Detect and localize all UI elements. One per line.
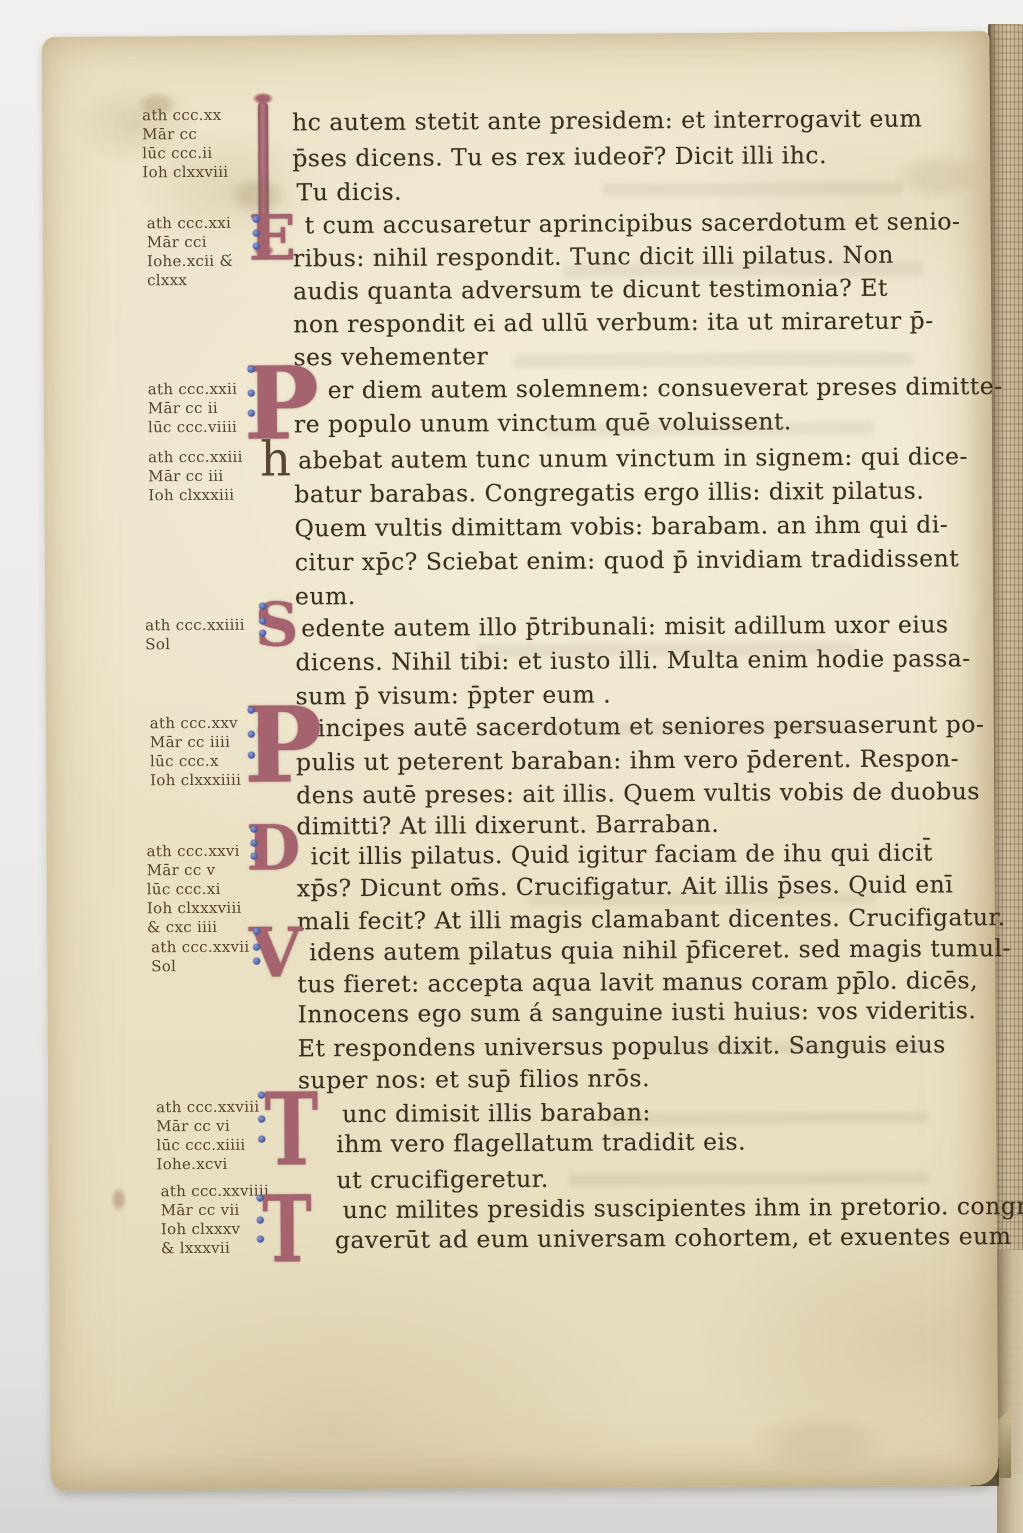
blue-knot-ornament [248, 707, 255, 714]
blue-knot-ornament [248, 731, 255, 738]
text-line: sum p̄ visum: p̄pter eum . [296, 679, 612, 711]
verso-showthrough [608, 1112, 928, 1126]
text-line: unc dimisit illis baraban: [342, 1097, 651, 1129]
margin-gloss-line: Mār cc ii [148, 399, 238, 419]
text-line: Tu dicis. [296, 177, 402, 208]
margin-gloss-line: ath ccc.xxii [148, 380, 238, 400]
text-line: er diem autem solemnem: consueverat pres… [328, 371, 1003, 405]
blue-knot-ornament [253, 958, 260, 965]
margin-gloss-line: Iohe.xcvi [156, 1155, 259, 1175]
margin-gloss-line: Mār cc iii [148, 467, 243, 487]
margin-gloss-line: lūc ccc.ii [142, 144, 228, 164]
blue-knot-ornament [258, 1092, 265, 1099]
blue-knot-ornament [257, 1195, 264, 1202]
blue-knot-ornament [248, 366, 255, 373]
text-line: batur barabas. Congregatis ergo illis: d… [294, 476, 924, 510]
blue-knot-ornament [248, 752, 255, 759]
blue-knot-ornament [253, 928, 260, 935]
decorated-initial: T [254, 1079, 329, 1179]
text-line: ses vehementer [293, 341, 488, 372]
text-line: dicens. Nihil tibi: et iusto illi. Multa… [295, 643, 970, 677]
text-line: icit illis pilatus. Quid igitur faciam d… [310, 837, 932, 871]
margin-gloss-line: Sol [145, 635, 245, 655]
blue-knot-ornament [257, 1236, 264, 1243]
initial-letter: P [244, 693, 323, 797]
blue-knot-ornament [253, 243, 260, 250]
decorated-initial: E [249, 207, 297, 269]
decorated-initial: V [249, 919, 302, 987]
text-line: ihm vero flagellatum tradidit eis. [336, 1127, 746, 1160]
initials-layer: EPhSPDVTT [42, 31, 990, 37]
text-line: Innocens ego sum á sanguine iusti huius:… [297, 995, 976, 1029]
text-line: dens autē preses: ait illis. Quem vultis… [296, 776, 980, 810]
text-line: t cum accusaretur aprincipibus sacerdotu… [305, 206, 961, 240]
verso-showthrough [569, 1172, 929, 1187]
margin-gloss-line: ath ccc.xxi [147, 214, 233, 234]
blue-knot-ornament [259, 618, 266, 625]
margin-gloss-line: lūc ccc.x [150, 752, 241, 772]
gloss-column: ath ccc.xxMār cclūc ccc.iiIoh clxxviii… [42, 31, 990, 37]
initial-letter: h [260, 435, 291, 483]
margin-gloss-line: ath ccc.xxiii [148, 448, 243, 468]
blue-knot-ornament [258, 1116, 265, 1123]
text-line: eum. [295, 581, 356, 611]
margin-gloss-line: & cxc iiii [147, 918, 242, 938]
margin-gloss-line: lūc ccc.xiiii [156, 1136, 259, 1156]
manuscript-photo: ath ccc.xxMār cclūc ccc.iiIoh clxxviii… [0, 0, 1023, 1533]
margin-gloss-line: Iohe.xcii &́ [147, 252, 233, 272]
parchment-page: ath ccc.xxMār cclūc ccc.iiIoh clxxviii… [42, 31, 999, 1491]
margin-gloss-line: lūc ccc.xi [147, 880, 242, 900]
text-line: hc autem stetit ante presidem: et interr… [292, 104, 922, 138]
margin-gloss: ath ccc.xxviiiMār cc vilūc ccc.xiiiiIo… [156, 1098, 260, 1175]
text-line: p̄ses dicens. Tu es rex iudeor̄? Dicit i… [292, 140, 827, 173]
margin-gloss-line: ath ccc.xxiiii [145, 616, 245, 636]
blue-knot-ornament [250, 826, 257, 833]
text-line: Et respondens universus populus dixit. S… [298, 1029, 946, 1063]
margin-gloss-line: ath ccc.xxv [150, 714, 241, 734]
text-line: rincipes autē sacerdotum et seniores per… [306, 709, 985, 743]
blue-knot-ornament [258, 1136, 265, 1143]
margin-gloss-line: clxxx [147, 271, 233, 291]
text-line: non respondit ei ad ullū verbum: ita ut … [293, 305, 933, 339]
margin-gloss: ath ccc.xxiMār cciIohe.xcii &́clxxx [147, 214, 234, 291]
margin-gloss-line: Sol [151, 957, 249, 977]
margin-gloss-line: Mār cc [142, 125, 228, 145]
text-column: hc autem stetit ante presidem: et interr… [42, 31, 990, 37]
blue-knot-ornament [253, 216, 260, 223]
book-fore-edge-lower [997, 1250, 1023, 1533]
initial-letter: T [262, 1183, 312, 1275]
text-line: re populo unum vinctum quē voluissent. [294, 406, 792, 439]
blue-knot-ornament [259, 603, 266, 610]
margin-gloss-line: ath ccc.xxviii [156, 1098, 259, 1118]
decorated-initial: P [244, 693, 323, 797]
margin-gloss-line: Ioh clxxxviii [147, 899, 242, 919]
margin-gloss-line: Mār cc vi [156, 1117, 259, 1137]
text-line: ut crucifigeretur. [336, 1164, 548, 1195]
margin-gloss: ath ccc.xxviiSol [151, 938, 249, 977]
verso-showthrough [602, 182, 902, 197]
margin-gloss-line: Mār cc iiii [150, 733, 241, 753]
initial-letter: T [264, 1079, 318, 1179]
text-line: citur xp̄c? Sciebat enim: quod p̄ invidi… [295, 543, 960, 577]
blue-knot-ornament [257, 1217, 264, 1224]
margin-gloss-line: lūc ccc.viiii [148, 418, 238, 438]
margin-gloss: ath ccc.xxiiiiSol [145, 616, 245, 655]
text-line: idens autem pilatus quia nihil p̄ficeret… [309, 933, 1011, 967]
showthrough-layer [42, 31, 990, 37]
blue-knot-ornament [248, 410, 255, 417]
margin-gloss-line: ath ccc.xxvi [146, 842, 241, 862]
margin-gloss-line: Ioh clxxxiii [148, 486, 243, 506]
decorated-initial: h [260, 435, 291, 483]
parchment-stain [892, 151, 982, 202]
blue-knot-ornament [248, 390, 255, 397]
text-line: pulis ut peterent baraban: ihm vero p̄de… [296, 743, 959, 777]
margin-gloss: ath ccc.xxvMār cc iiiilūc ccc.xIoh clx… [150, 714, 242, 791]
margin-gloss-line: ath ccc.xxvii [151, 938, 249, 958]
margin-gloss: ath ccc.xxviMār cc vlūc ccc.xiIoh clxx… [146, 842, 241, 938]
margin-gloss-line: Ioh clxxxiiii [150, 771, 241, 791]
text-line: tus fieret: accepta aqua lavit manus cor… [297, 965, 978, 999]
decorated-initial: S [255, 595, 299, 655]
parchment-stain [750, 1412, 890, 1473]
text-line: xp̄s? Dicunt om̄s. Crucifigatur. Ait ill… [297, 869, 954, 903]
blue-knot-ornament [259, 630, 266, 637]
decorated-initial: T [253, 1183, 322, 1275]
blue-knot-ornament [253, 230, 260, 237]
margin-gloss-line: ath ccc.xx [142, 106, 228, 126]
margin-gloss: ath ccc.xxiiiMār cc iiiIoh clxxxiii [148, 448, 243, 506]
margin-gloss-line: Mār cc v [147, 861, 242, 881]
text-line: ribus: nihil respondit. Tunc dicit illi … [293, 240, 894, 274]
margin-gloss-line: Ioh clxxviii [142, 163, 228, 183]
text-line: audis quanta adversum te dicunt testimon… [293, 273, 888, 307]
blue-knot-ornament [253, 944, 260, 951]
blue-knot-ornament [251, 853, 258, 860]
verso-showthrough [514, 352, 914, 368]
parchment-stain [111, 1186, 127, 1212]
text-line: abebat autem tunc unum vinctum in signem… [298, 441, 968, 475]
margin-gloss: ath ccc.xxMār cclūc ccc.iiIoh clxxviii [142, 106, 228, 183]
decorated-initial: D [246, 817, 300, 879]
text-line: mali fecit? At illi magis clamabant dice… [297, 902, 1006, 936]
margin-gloss-line: Mār cci [147, 233, 233, 253]
text-line: edente autem illo p̄tribunali: misit adi… [301, 609, 949, 643]
blue-knot-ornament [250, 840, 257, 847]
text-line: Quem vultis dimittam vobis: barabam. an … [294, 509, 948, 543]
text-line: gaverūt ad eum universam cohortem, et ex… [335, 1221, 1012, 1255]
margin-gloss: ath ccc.xxiiMār cc iilūc ccc.viiii [148, 380, 238, 438]
text-line: dimitti? At illi dixerunt. Barraban. [296, 809, 719, 842]
text-line: super nos: et sup̄ filios nrōs. [298, 1063, 650, 1095]
text-line: unc milites presidis suscipientes ihm in… [343, 1191, 1023, 1225]
